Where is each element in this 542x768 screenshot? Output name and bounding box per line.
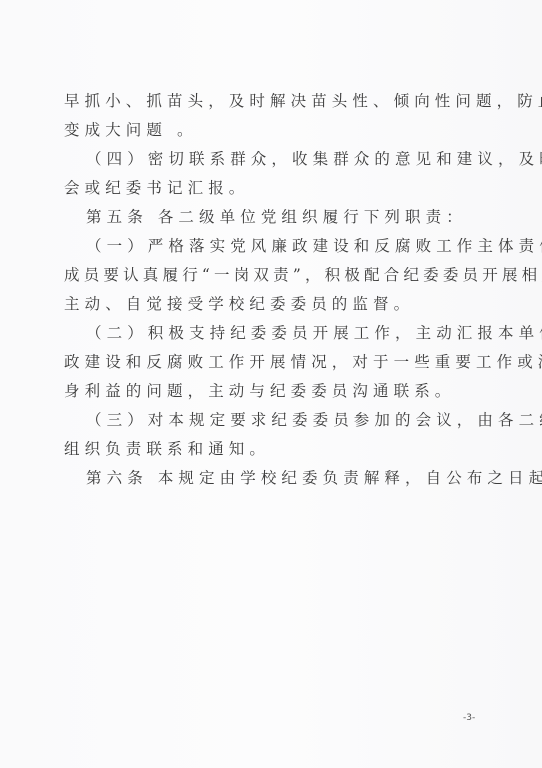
article-five-heading: 第五条 各二级单位党组织履行下列职责： (64, 203, 484, 232)
clause-three-line: （三）对本规定要求纪委委员参加的会议，由各二级单位党 (64, 406, 484, 435)
page-number: -3- (463, 713, 475, 723)
paragraph-line: 会或纪委书记汇报。 (64, 174, 484, 203)
paragraph-line: 早抓小、抓苗头，及时解决苗头性、倾向性问题，防止小毛病演 (64, 87, 484, 116)
document-page: 早抓小、抓苗头，及时解决苗头性、倾向性问题，防止小毛病演 变成大问题 。 （四）… (0, 0, 542, 768)
clause-two-line: （二）积极支持纪委委员开展工作，主动汇报本单位党风廉 (64, 319, 484, 348)
paragraph-line: 身利益的问题，主动与纪委委员沟通联系。 (64, 377, 484, 406)
clause-four-line: （四）密切联系群众，收集群众的意见和建议，及时向纪委 (64, 145, 484, 174)
paragraph-line: 成员要认真履行“一岗双责”，积极配合纪委委员开展相关工作， (64, 261, 484, 290)
paragraph-line: 政建设和反腐败工作开展情况，对于一些重要工作或涉及群众切 (64, 348, 484, 377)
paragraph-line: 主动、自觉接受学校纪委委员的监督。 (64, 290, 484, 319)
paragraph-line: 变成大问题 。 (64, 116, 484, 145)
article-six-line: 第六条 本规定由学校纪委负责解释，自公布之日起执行。 (64, 464, 484, 493)
document-body: 早抓小、抓苗头，及时解决苗头性、倾向性问题，防止小毛病演 变成大问题 。 （四）… (64, 87, 484, 493)
clause-one-line: （一）严格落实党风廉政建设和反腐败工作主体责任，班子 (64, 232, 484, 261)
paragraph-line: 组织负责联系和通知。 (64, 435, 484, 464)
